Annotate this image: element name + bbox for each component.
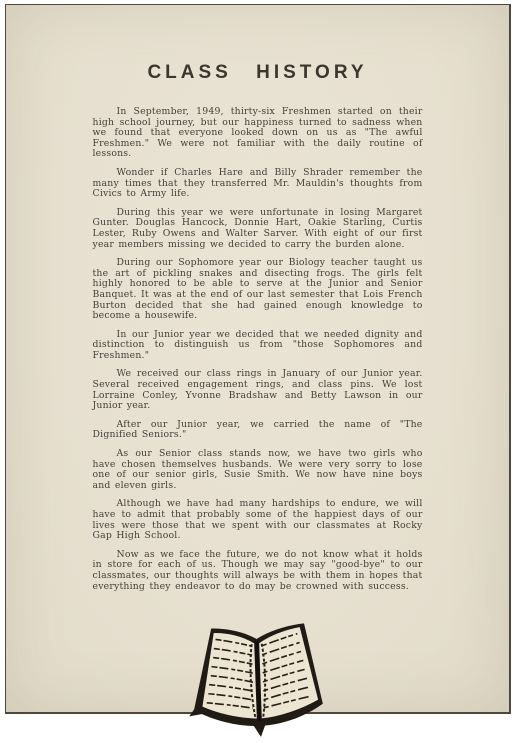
paragraph: We received our class rings in January o…: [93, 369, 423, 411]
paragraph: Now as we face the future, we do not kno…: [93, 550, 423, 592]
class-history-text: In September, 1949, thirty-six Freshmen …: [93, 107, 423, 592]
paragraph: As our Senior class stands now, we have …: [93, 449, 423, 491]
open-book-illustration-icon: [179, 620, 335, 720]
paragraph: In our Junior year we decided that we ne…: [93, 330, 423, 362]
paragraph: In September, 1949, thirty-six Freshmen …: [93, 107, 423, 160]
page-title: CLASS HISTORY: [6, 62, 509, 84]
paragraph: After our Junior year, we carried the na…: [93, 420, 423, 441]
paragraph: Although we have had many hardships to e…: [93, 499, 423, 541]
paragraph: Wonder if Charles Hare and Billy Shrader…: [93, 168, 423, 200]
paragraph: During this year we were unfortunate in …: [93, 208, 423, 250]
paragraph: During our Sophomore year our Biology te…: [93, 258, 423, 322]
scanned-page: CLASS HISTORY In September, 1949, thirty…: [0, 0, 518, 720]
paper-sheet: CLASS HISTORY In September, 1949, thirty…: [5, 4, 511, 714]
